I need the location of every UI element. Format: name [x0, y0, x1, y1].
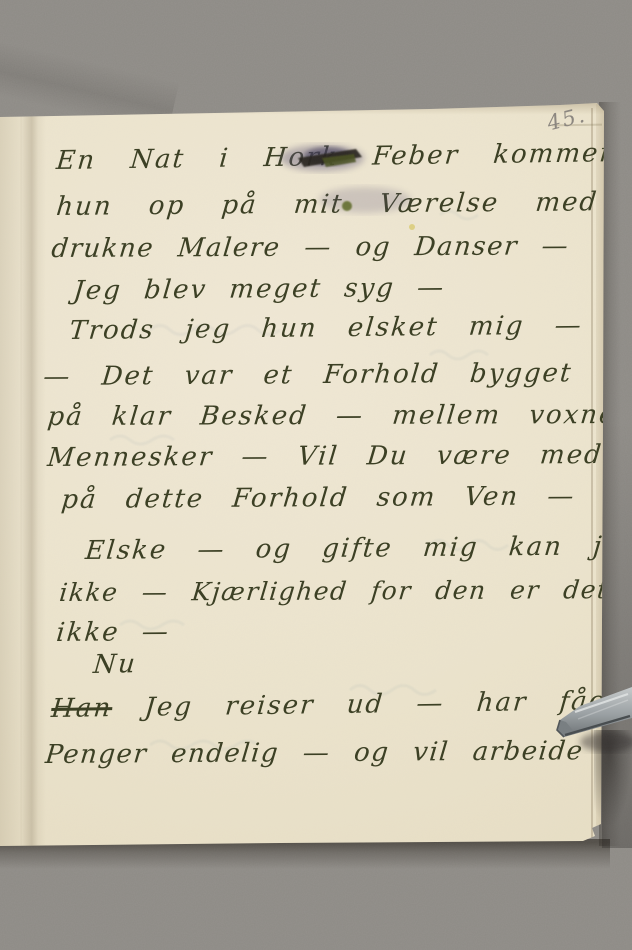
handwriting-line: Elske — og gifte mig kan jeg [84, 531, 632, 566]
handwriting-line: på klar Besked — mellem voxne [46, 400, 618, 432]
ink-blot [270, 128, 440, 238]
handwriting-line: Nu [92, 649, 138, 680]
yellow-fleck [409, 224, 415, 230]
handwriting-line: Mennesker — Vil Du være med [46, 440, 604, 473]
handwriting-line: ikke — Kjærlighed for den er det [58, 575, 610, 607]
page-holder-tool [548, 678, 632, 770]
struck-word: Han [50, 693, 114, 724]
handwriting-line: Penger endelig — og vil arbeide for [44, 736, 632, 770]
photo-stage: En Nat i Hork Feber kommerhun op på mit … [0, 0, 632, 950]
handwriting-line: Han Jeg reiser ud — har fået [50, 686, 620, 724]
handwriting-line: på dette Forhold som Ven — [60, 481, 577, 515]
handwriting-line: Trods jeg hun elsket mig — gyldig [68, 309, 632, 346]
handwriting-line: — Det var et Forhold bygget [42, 358, 574, 392]
handwriting-line: Jeg blev meget syg — [72, 273, 447, 306]
handwriting-line: ikke — [55, 617, 171, 648]
notebook-page: En Nat i Hork Feber kommerhun op på mit … [0, 0, 632, 950]
